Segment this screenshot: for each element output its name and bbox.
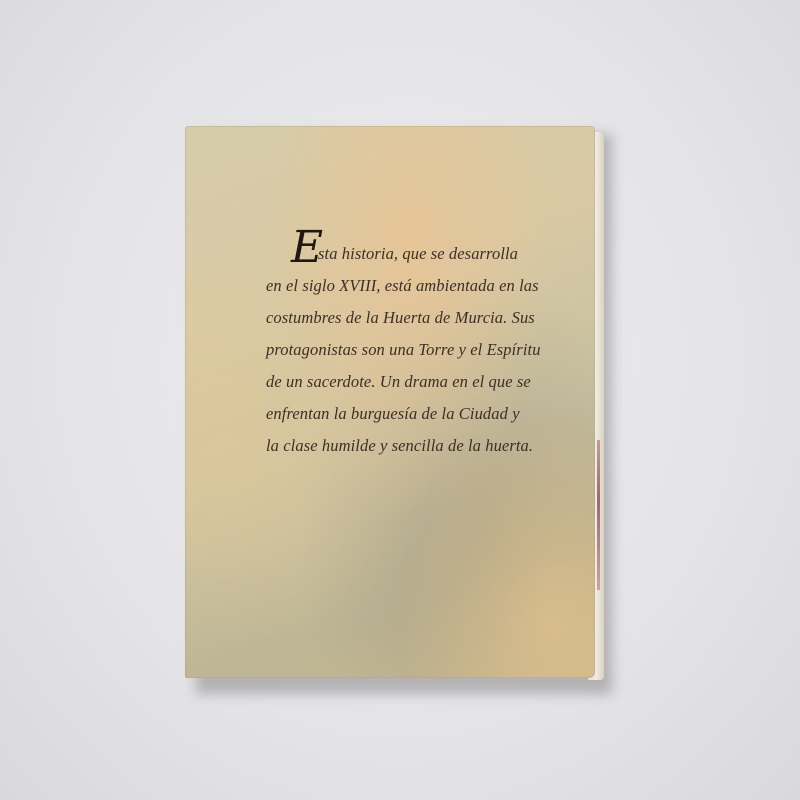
blurb-line: de un sacerdote. Un drama en el que se <box>266 366 566 398</box>
blurb-line: en el siglo XVIII, está ambientada en la… <box>266 270 566 302</box>
blurb-line: costumbres de la Huerta de Murcia. Sus <box>266 302 566 334</box>
blurb-line: protagonistas son una Torre y el Espírit… <box>266 334 566 366</box>
blurb-line: enfrentan la burguesía de la Ciudad y <box>266 398 566 430</box>
blurb-text: sta historia, que se desarrolla en el si… <box>266 238 566 462</box>
blurb-line: sta historia, que se desarrolla <box>266 238 566 270</box>
blurb-line: la clase humilde y sencilla de la huerta… <box>266 430 566 462</box>
inner-page-edge <box>597 440 600 590</box>
